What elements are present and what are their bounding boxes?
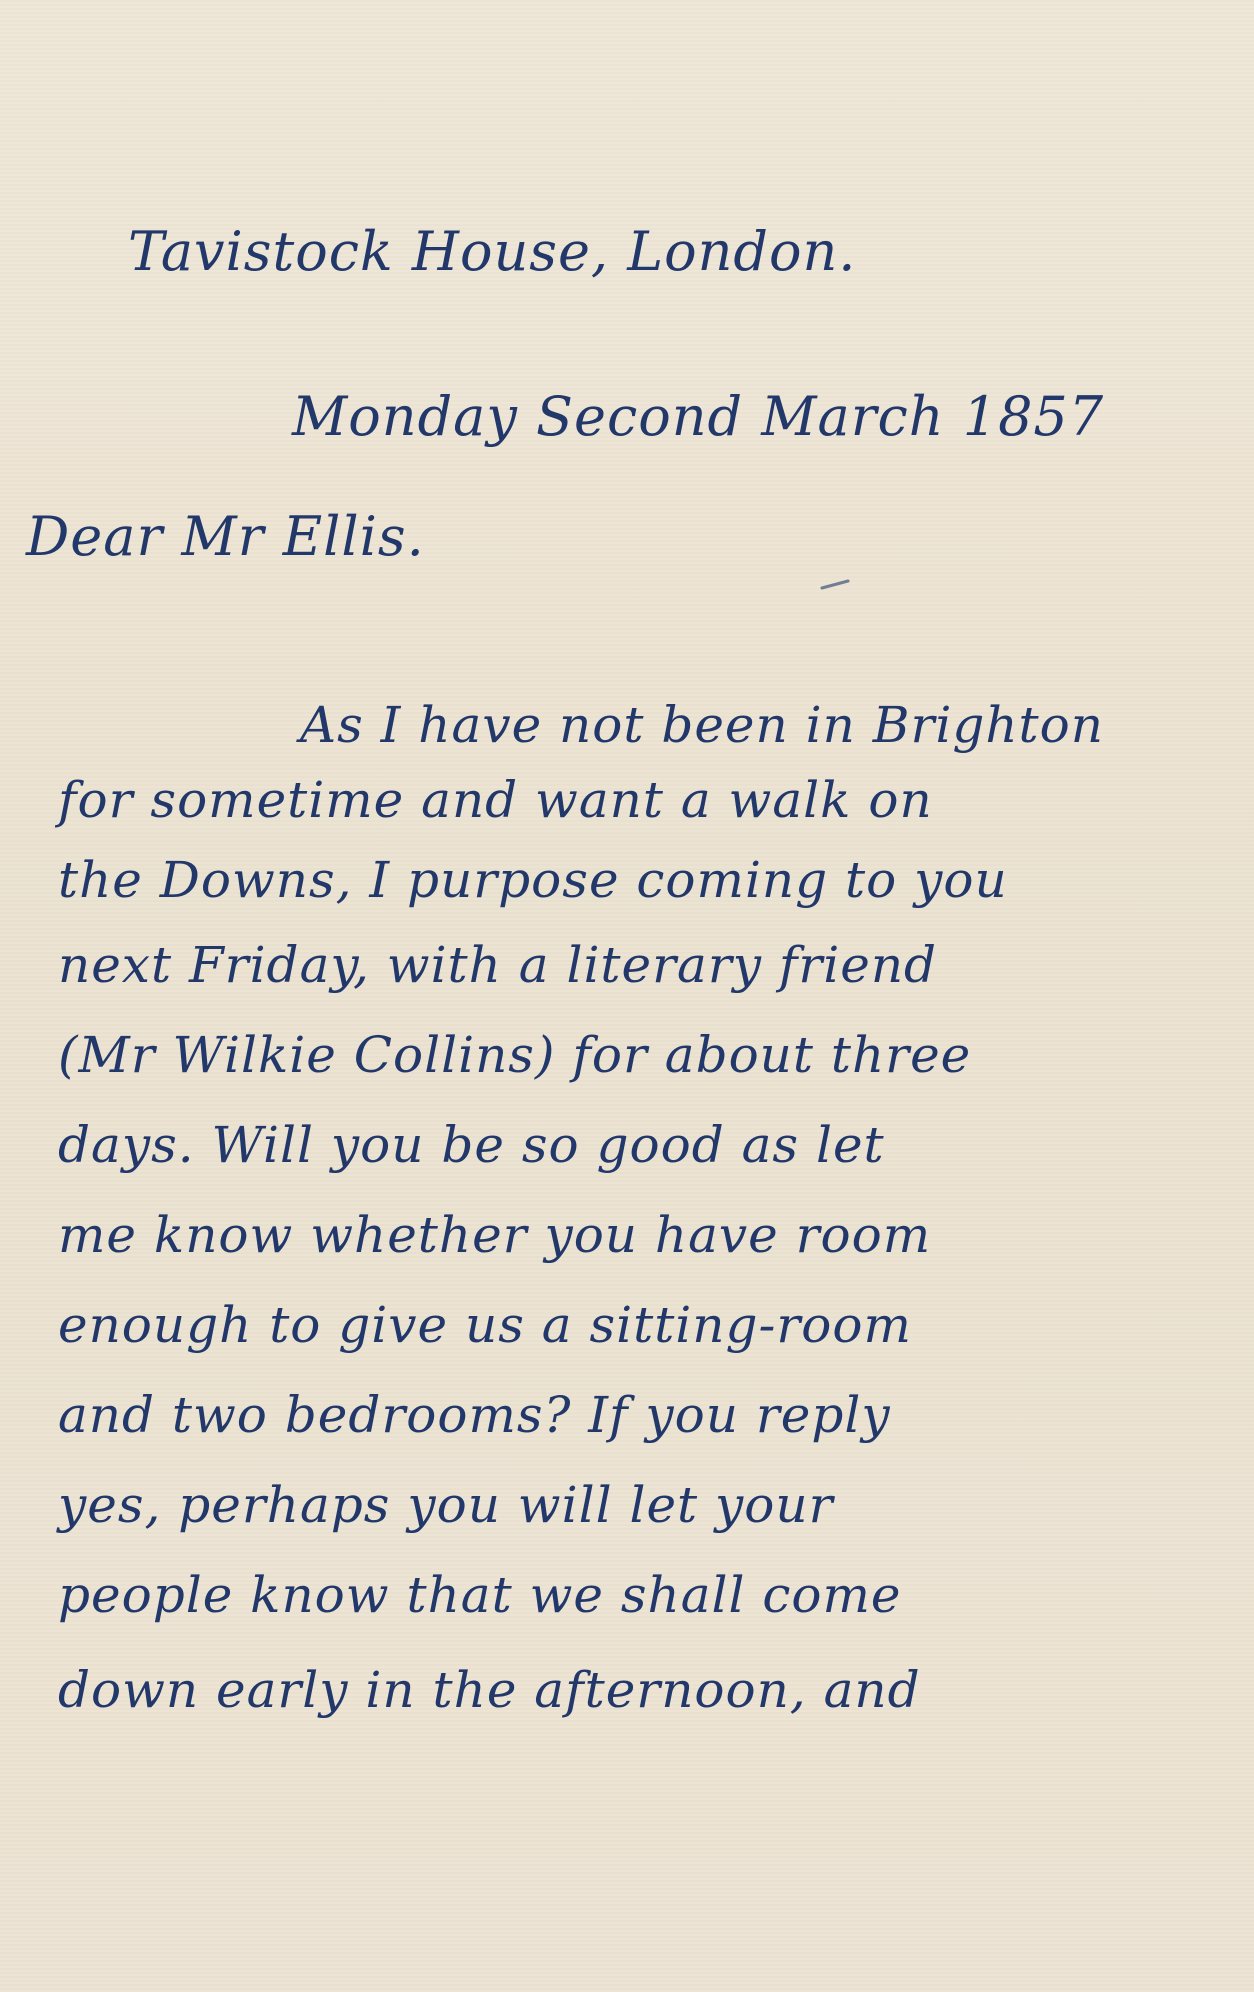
letter-address: Tavistock House, London.	[128, 225, 856, 279]
body-line: for sometime and want a walk on	[58, 775, 933, 825]
body-line: me know whether you have room	[58, 1210, 931, 1260]
body-line: yes, perhaps you will let your	[58, 1480, 833, 1530]
body-line: and two bedrooms? If you reply	[58, 1390, 891, 1440]
body-line: people know that we shall come	[58, 1570, 902, 1620]
ink-mark	[820, 579, 850, 590]
body-line: next Friday, with a literary friend	[58, 940, 937, 990]
body-line: As I have not been in Brighton	[300, 700, 1104, 750]
body-line: the Downs, I purpose coming to you	[58, 855, 1008, 905]
body-line: (Mr Wilkie Collins) for about three	[58, 1030, 971, 1080]
body-line: enough to give us a sitting-room	[58, 1300, 912, 1350]
letter-date: Monday Second March 1857	[292, 390, 1104, 444]
letter-page: Tavistock House, London. Monday Second M…	[0, 0, 1254, 1992]
body-line: down early in the afternoon, and	[58, 1665, 921, 1715]
letter-salutation: Dear Mr Ellis.	[26, 510, 425, 564]
body-line: days. Will you be so good as let	[58, 1120, 885, 1170]
